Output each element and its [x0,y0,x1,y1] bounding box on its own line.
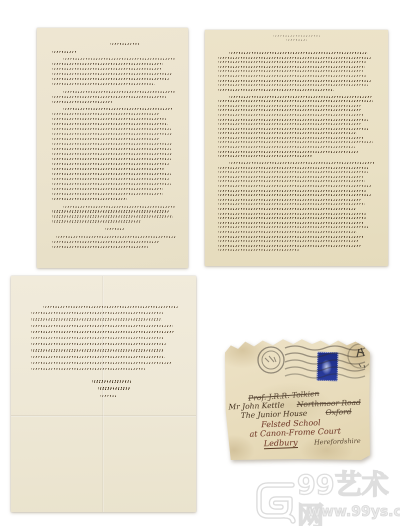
handwriting-line [218,70,363,72]
handwriting-line [52,128,171,130]
handwriting-line [218,245,362,247]
handwriting-line [218,194,371,196]
handwriting-line [52,143,172,145]
handwriting-line [218,208,356,210]
letter-page-1-handwriting [37,28,188,253]
handwriting-line [63,108,172,110]
handwriting-line [52,73,172,75]
letter-page-3-handwriting [11,276,196,374]
handwriting-line [31,318,162,320]
handwriting-line [52,188,163,190]
handwriting-line [63,206,176,208]
handwriting-line [52,183,171,185]
handwriting-line [218,123,361,125]
handwriting-line [218,213,366,215]
handwriting-line [218,61,366,63]
handwriting-line [52,178,169,180]
handwriting-line [218,249,299,251]
handwriting-line [52,168,164,170]
envelope-address: Prof. J.R.R. Tolkien Mr John Kettle Nort… [228,388,368,451]
handwriting-line [52,193,163,195]
handwriting-line [56,236,176,238]
envelope: Prof. J.R.R. Tolkien Mr John Kettle Nort… [225,338,370,460]
handwriting-line [218,114,364,116]
handwriting-line [218,171,368,173]
handwriting-line [98,387,131,390]
handwriting-line [43,306,179,308]
handwriting-line [92,380,131,383]
handwriting-line [52,241,160,243]
handwriting-line [31,343,167,345]
handwriting-line [218,217,366,219]
handwriting-line [31,356,165,358]
handwriting-line [52,133,172,135]
handwriting-line [218,141,373,143]
handwriting-line [218,137,364,139]
handwriting-line [52,83,155,85]
handwriting-line [110,43,140,45]
handwriting-line [52,51,77,53]
address-county-text: Herefordshire [314,437,361,447]
handwriting-line [31,337,164,339]
handwriting-line [218,236,364,238]
handwriting-line [218,180,365,182]
handwriting-line [31,312,163,314]
handwriting-line [218,240,359,242]
handwriting-line [105,228,125,230]
handwriting-line [52,118,166,120]
auction-photo: Prof. J.R.R. Tolkien Mr John Kettle Nort… [0,0,400,526]
handwriting-line [218,167,369,169]
letter-page-2 [205,30,388,266]
address-town-line: Ledbury Herefordshire [264,436,368,450]
handwriting-line [31,368,145,370]
handwriting-line [218,119,368,121]
letter-page-2-handwriting [205,30,388,256]
letter-page-1 [37,28,188,268]
handwriting-line [229,162,375,164]
handwriting-line [31,325,173,327]
handwriting-line [229,96,372,98]
address-town-text: Ledbury [264,438,298,449]
handwriting-line [218,80,371,82]
handwriting-line [52,198,127,200]
handwriting-line [218,155,313,157]
99ys-logo-icon [252,476,300,524]
handwriting-line [218,109,362,111]
handwriting-line [218,185,372,187]
handwriting-line [229,52,368,54]
handwriting-line [52,63,163,65]
handwriting-line [218,100,373,102]
handwriting-line [31,331,175,333]
handwriting-line [31,349,164,351]
handwriting-line [52,173,171,175]
handwriting-line [52,68,162,70]
handwriting-line [52,78,169,80]
handwriting-line [52,96,166,98]
crossed-out-city-text: Oxford [325,407,351,417]
handwriting-line [218,57,371,59]
watermark-site-url: www.99ys.com [308,504,400,520]
envelope-paper: Prof. J.R.R. Tolkien Mr John Kettle Nort… [225,338,370,460]
handwriting-line [52,123,168,125]
handwriting-line [218,190,366,192]
handwriting-line [218,84,368,86]
handwriting-line [218,75,367,77]
letter-page-3 [11,276,196,512]
handwriting-line [31,362,172,364]
signature-block [11,380,196,402]
handwriting-line [52,101,112,103]
handwriting-line [218,203,365,205]
handwriting-line [218,226,369,228]
handwriting-line [218,146,355,148]
handwriting-line [52,215,173,217]
handwriting-line [218,231,357,233]
handwriting-line [218,132,357,134]
handwriting-line [63,91,175,93]
handwriting-line [218,176,363,178]
handwriting-line [218,105,361,107]
handwriting-line [52,113,160,115]
handwriting-line [218,128,369,130]
handwriting-line [218,199,362,201]
handwriting-line [52,138,160,140]
handwriting-line [52,163,169,165]
handwriting-line [218,89,334,91]
handwriting-line [218,222,364,224]
handwriting-line [100,395,118,398]
handwriting-line [218,151,358,153]
handwriting-line [52,153,172,155]
handwriting-line [52,148,171,150]
handwriting-line [63,58,175,60]
handwriting-line [52,158,171,160]
handwriting-line [52,210,170,212]
handwriting-line [52,220,141,222]
handwriting-line [52,246,148,248]
handwriting-line [218,66,365,68]
